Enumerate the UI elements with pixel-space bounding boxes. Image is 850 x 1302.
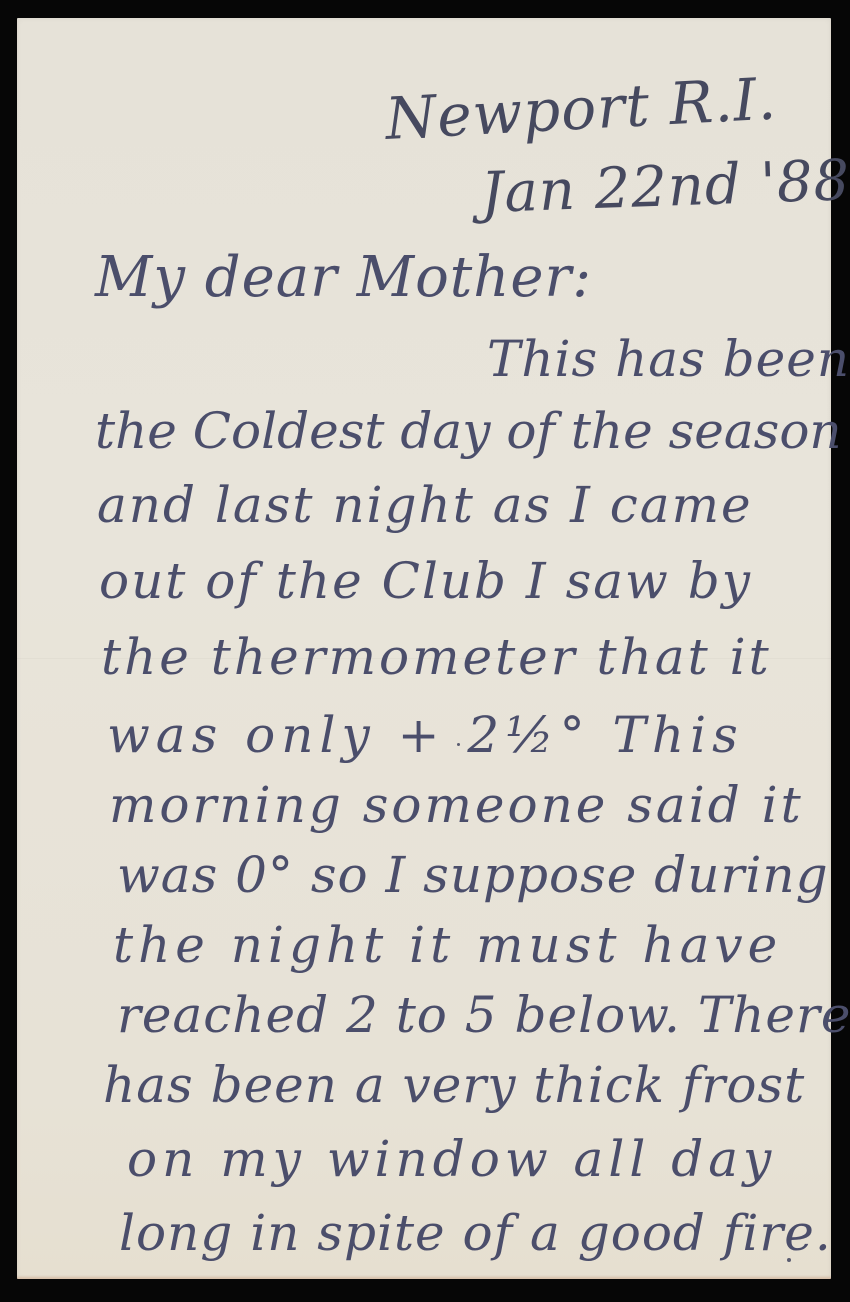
letter-body-line: out of the Club I saw by <box>99 556 752 606</box>
letter-body-line: morning someone said it <box>109 780 804 830</box>
ink-speck <box>787 1258 791 1262</box>
letter-salutation: My dear Mother: <box>95 250 592 306</box>
letter-body-line: the night it must have <box>113 920 782 970</box>
scan-background: Newport R.I. Jan 22nd '88 My dear Mother… <box>0 0 850 1302</box>
letter-body-line: long in spite of a good fire. <box>119 1208 832 1258</box>
letter-date: Jan 22nd '88 <box>480 153 850 222</box>
letter-body-line: the thermometer that it <box>101 632 772 682</box>
letter-body-line: and last night as I came <box>97 480 753 530</box>
letter-place: Newport R.I. <box>384 70 778 148</box>
letter-body-line: This has been <box>487 334 850 384</box>
letter-body-line: on my window all day <box>127 1134 776 1184</box>
letter-body-line: was 0° so I suppose during <box>117 850 829 900</box>
letter-body-line: the Coldest day of the season <box>95 406 842 456</box>
letter-body-line: has been a very thick frost <box>103 1060 805 1110</box>
letter-page: Newport R.I. Jan 22nd '88 My dear Mother… <box>17 18 831 1279</box>
letter-body-line: reached 2 to 5 below. There <box>117 990 850 1040</box>
letter-body-line: was only + 2½° This <box>107 710 744 760</box>
ink-speck <box>457 743 460 746</box>
